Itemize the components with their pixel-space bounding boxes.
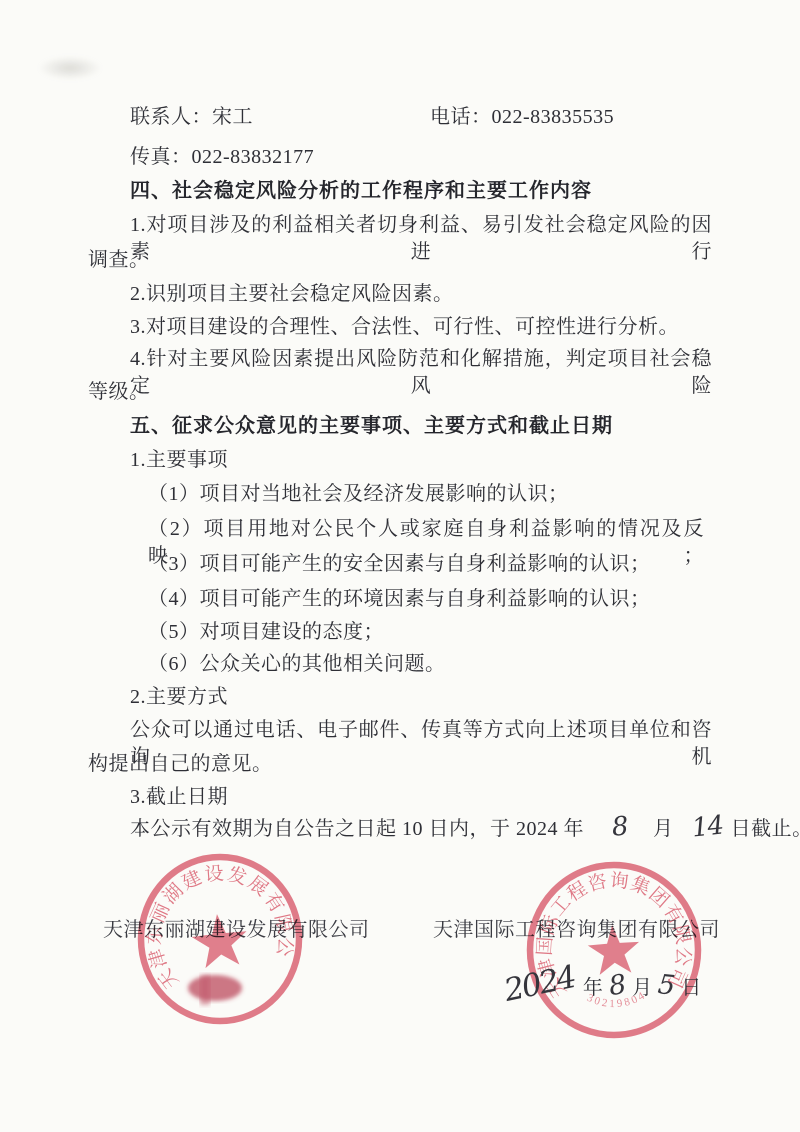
section4-item2: 2.识别项目主要社会稳定风险因素。 (130, 281, 454, 308)
handwritten-month: 8 (611, 813, 630, 841)
handwritten-day: 5 (657, 969, 677, 1002)
date-year-unit: 年 (583, 971, 603, 1000)
section4-item1-line1: 1.对项目涉及的利益相关者切身利益、易引发社会稳定风险的因素进行 (130, 212, 712, 266)
company-seal-left: 天津东丽湖建设发展有限公司 (134, 851, 306, 1027)
contact-fax-value: 022-83832177 (192, 146, 315, 168)
list-item: （3）项目可能产生的安全因素与自身利益影响的认识； (148, 551, 651, 578)
section5-sub2-line2: 构提出自己的意见。 (88, 751, 273, 778)
list-item: （6）公众关心的其他相关问题。 (148, 651, 446, 678)
handwritten-day: 14 (690, 812, 724, 842)
section4-item4-line2: 等级。 (88, 379, 150, 406)
section5-sub3-title: 3.截止日期 (130, 784, 228, 811)
signing-date: 2024 年 8 月 5 日 (504, 966, 707, 1002)
scan-smudge (38, 56, 102, 80)
company-seal-right: 天津国际工程咨询集团有限公司 30219804 (523, 859, 705, 1041)
date-month-unit: 月 (632, 971, 652, 1000)
section4-heading: 四、社会稳定风险分析的工作程序和主要工作内容 (130, 178, 592, 205)
seal-ink-streak (200, 975, 210, 1005)
list-item: （1）项目对当地社会及经济发展影响的认识； (148, 481, 569, 508)
date-day-unit: 日 (681, 971, 701, 1000)
contact-phone-value: 022-83835535 (492, 106, 615, 128)
section5-sub1-title: 1.主要事项 (130, 447, 228, 474)
seal-ink-smudge (188, 975, 242, 1001)
section4-item3: 3.对项目建设的合理性、合法性、可行性、可控性进行分析。 (130, 314, 679, 341)
handwritten-month: 8 (607, 969, 628, 1002)
star-icon (190, 911, 250, 969)
section5-sub2-title: 2.主要方式 (130, 684, 228, 711)
contact-line: 联系人：宋工 电话：022-83835535 (130, 104, 253, 131)
list-item: （4）项目可能产生的环境因素与自身利益影响的认识； (148, 586, 651, 613)
contact-phone: 电话：022-83835535 (430, 104, 614, 131)
deadline-line: 本公示有效期为自公告之日起 10 日内，于 2024 年 8 月 14 日截止。 (130, 814, 800, 843)
section5-heading: 五、征求公众意见的主要事项、主要方式和截止日期 (130, 413, 613, 440)
deadline-month-unit: 月 (653, 816, 674, 843)
contact-person-label: 联系人： (130, 106, 212, 128)
section4-item1-line2: 调查。 (88, 247, 150, 274)
list-item: （5）对项目建设的态度； (148, 619, 384, 646)
contact-person-value: 宋工 (212, 106, 253, 128)
handwritten-year: 2024 (501, 959, 578, 1009)
document-page: 联系人：宋工 电话：022-83835535 传真：022-83832177 四… (0, 0, 800, 1132)
contact-fax-label: 传真： (130, 146, 192, 168)
contact-fax-line: 传真：022-83832177 (130, 144, 314, 171)
deadline-suffix: 日截止。 (731, 816, 800, 843)
section4-item4-line1: 4.针对主要风险因素提出风险防范和化解措施，判定项目社会稳定风险 (130, 346, 712, 400)
contact-phone-label: 电话： (430, 106, 492, 128)
deadline-prefix: 本公示有效期为自公告之日起 10 日内，于 2024 年 (130, 816, 584, 843)
